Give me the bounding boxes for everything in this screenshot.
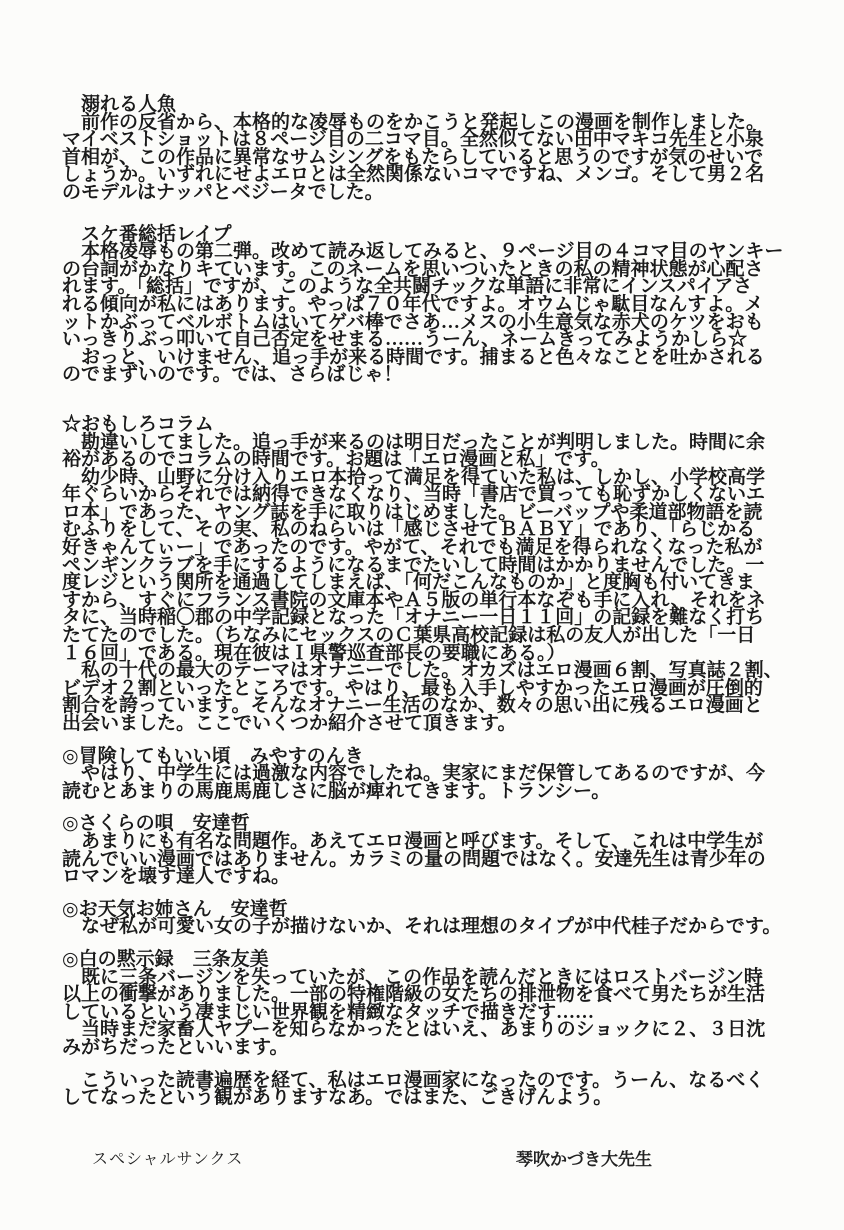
text-line: 出会いました。ここでいくつか紹介させて頂きます。 — [62, 715, 822, 733]
text-line: みがちだったといいます。 — [62, 1039, 822, 1057]
text-line: ◎白の黙示録 三条友美 — [62, 951, 822, 969]
credits-row: スペシャルサンクス 琴吹かづき大先生 — [0, 1150, 844, 1172]
special-thanks-label: スペシャルサンクス — [92, 1150, 243, 1170]
section-otenki-review: ◎お天気お姉さん 安達哲 なぜ私が可愛い女の子が描けないか、それは理想のタイプが… — [62, 901, 822, 936]
text-line: のでまずいのです。では、さらばじゃ！ — [62, 366, 822, 384]
section-mokushiroku-review: ◎白の黙示録 三条友美 既に三条バージンを失っていたが、この作品を読んだときには… — [62, 951, 822, 1057]
section-closing: こういった読書遍歴を経て、私はエロ漫画家になったのです。うーん、なるべくしてなっ… — [62, 1072, 822, 1107]
text-line: れる傾向が私にはあります。やっぱ７０年代ですよ。オウムじゃ駄目なんすよ。メ — [62, 296, 822, 314]
text-line: ロマンを壊す達人ですね。 — [62, 868, 822, 886]
section-oboreru-ningyo: 溺れる人魚 前作の反省から、本格的な凌辱ものをかこうと発起しこの漫画を制作しまし… — [62, 96, 822, 202]
section-sakura-review: ◎さくらの唄 安達哲 あまりにも有名な問題作。あえてエロ漫画と呼びます。そして、… — [62, 815, 822, 885]
text-line: のモデルはナッパとベジータでした。 — [62, 184, 822, 202]
text-line: ☆おもしろコラム — [62, 416, 822, 434]
text-line: してなったという観がありますなあ。ではまた、ごきげんよう。 — [62, 1089, 822, 1107]
credited-person-name: 琴吹かづき大先生 — [516, 1150, 652, 1170]
section-sukeban-soukatsu: スケ番総括レイプ 本格凌辱もの第二弾。改めて読み返してみると、９ページ目の４コマ… — [62, 226, 822, 384]
text-line: たてたのでした。（ちなみにセックスのＣ葉県高校記録は私の友人が出した「一日 — [62, 627, 822, 645]
section-bouken-review: ◎冒険してもいい頃 みやすのんき やはり、中学生には過激な内容でしたね。実家にま… — [62, 748, 822, 801]
afterword-text-column: 溺れる人魚 前作の反省から、本格的な凌辱ものをかこうと発起しこの漫画を制作しまし… — [62, 96, 822, 1107]
text-line: あまりにも有名な問題作。あえてエロ漫画と呼びます。そして、これは中学生が — [62, 833, 822, 851]
text-line: なぜ私が可愛い女の子が描けないか、それは理想のタイプが中代桂子だからです。 — [62, 918, 822, 936]
text-line: 読むとあまりの馬鹿馬鹿しさに脳が痺れてきます。トランシー。 — [62, 783, 822, 801]
text-line: 溺れる人魚 — [62, 96, 822, 114]
scanned-afterword-page: 溺れる人魚 前作の反省から、本格的な凌辱ものをかこうと発起しこの漫画を制作しまし… — [0, 0, 844, 1230]
section-omoshiro-column: ☆おもしろコラム 勘違いしてました。追っ手が来るのは明日だったことが判明しました… — [62, 416, 822, 733]
